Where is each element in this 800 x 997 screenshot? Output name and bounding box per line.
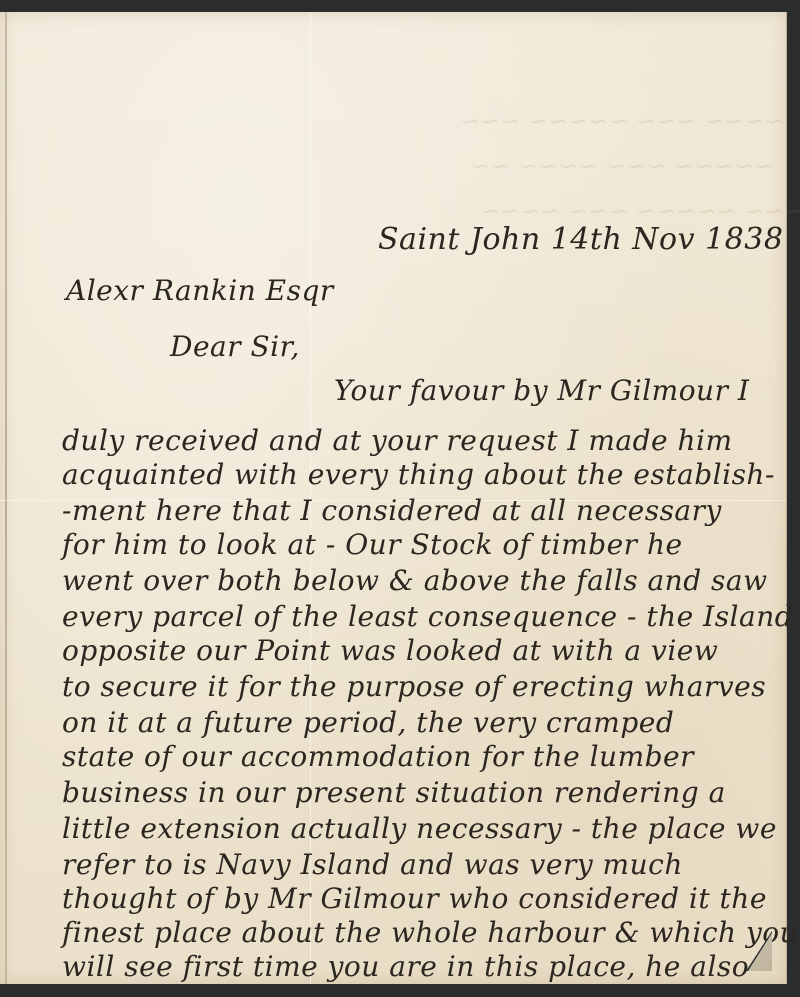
letter-body-line: finest place about the whole harbour & w… [62,916,798,949]
ink-bleed-through: ~~~ ~~~~~ ~~~ ~~~~ [478,197,800,225]
letter-body-line: refer to is Navy Island and was very muc… [62,848,683,881]
letter-body-line: to secure it for the purpose of erecting… [62,670,766,703]
letter-body-line: duly received and at your request I made… [62,424,733,457]
scan-frame: ~~~~ ~~~ ~~~~~ ~~~ ~~~~~ ~~~ ~~~~ ~~ ~~~… [0,0,800,997]
letter-body-line: acquainted with every thing about the es… [62,458,775,491]
letter-addressee: Alexr Rankin Esqr [66,274,334,307]
page-edge [5,12,7,984]
letter-body-line: little extension actually necessary - th… [62,812,777,845]
letter-body-line: Your favour by Mr Gilmour I [334,374,749,407]
ink-bleed-through: ~~~~ ~~~ ~~~~~ ~~~ [458,107,787,135]
letter-body-line: went over both below & above the falls a… [62,564,768,597]
letter-body-line: every parcel of the least consequence - … [62,600,793,633]
letter-body-line: -ment here that I considered at all nece… [62,494,722,527]
letter-body-line: on it at a future period, the very cramp… [62,706,674,739]
letter-page: ~~~~ ~~~ ~~~~~ ~~~ ~~~~~ ~~~ ~~~~ ~~ ~~~… [0,12,787,984]
letter-body-line: thought of by Mr Gilmour who considered … [62,882,767,915]
letter-body-line: opposite our Point was looked at with a … [62,634,718,667]
letter-body-line: will see first time you are in this plac… [62,950,749,983]
letter-dateline: Saint John 14th Nov 1838 [378,222,783,257]
letter-body-line: state of our accommodation for the lumbe… [62,740,694,773]
letter-body-line: for him to look at - Our Stock of timber… [62,528,683,561]
letter-body-line: business in our present situation render… [62,776,726,809]
ink-bleed-through: ~~~~~ ~~~ ~~~~ ~~ [468,152,777,180]
letter-salutation: Dear Sir, [170,330,300,363]
